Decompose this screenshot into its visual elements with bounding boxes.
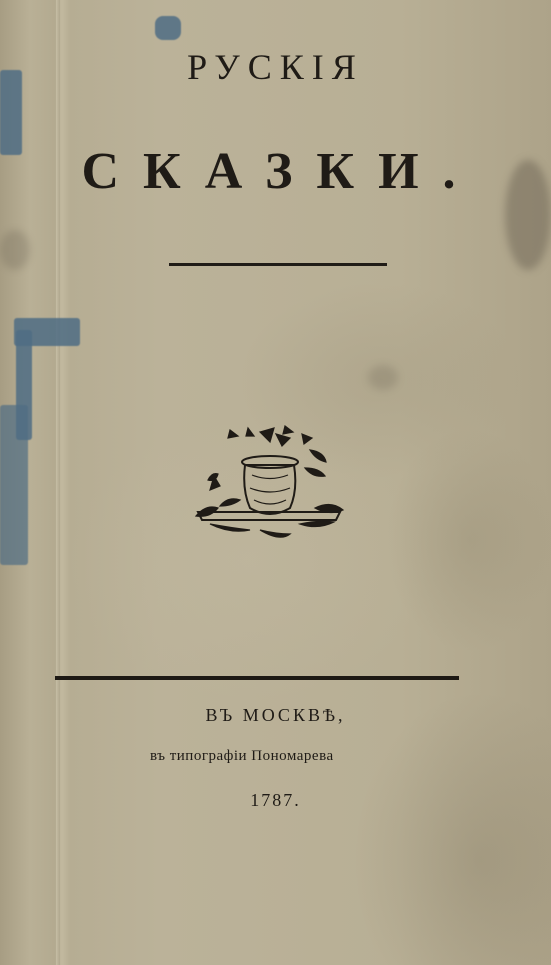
imprint-year: 1787. <box>0 790 551 811</box>
stain <box>0 230 30 270</box>
blue-ink-stain <box>0 405 28 565</box>
vignette-ornament-icon <box>190 420 350 550</box>
title-page: РУСКІЯ СКАЗКИ. ВЪ МОСКВѢ, въ типографіи … <box>0 0 551 965</box>
title-rule <box>169 263 387 266</box>
blue-ink-stain <box>155 16 181 40</box>
title-line-2: СКАЗКИ. <box>0 142 551 201</box>
imprint-rule <box>55 676 459 680</box>
imprint-place: ВЪ МОСКВѢ, <box>0 705 551 726</box>
title-line-1: РУСКІЯ <box>0 46 551 88</box>
stain <box>368 365 398 390</box>
imprint-printer: въ типографіи Пономарева <box>150 748 410 765</box>
